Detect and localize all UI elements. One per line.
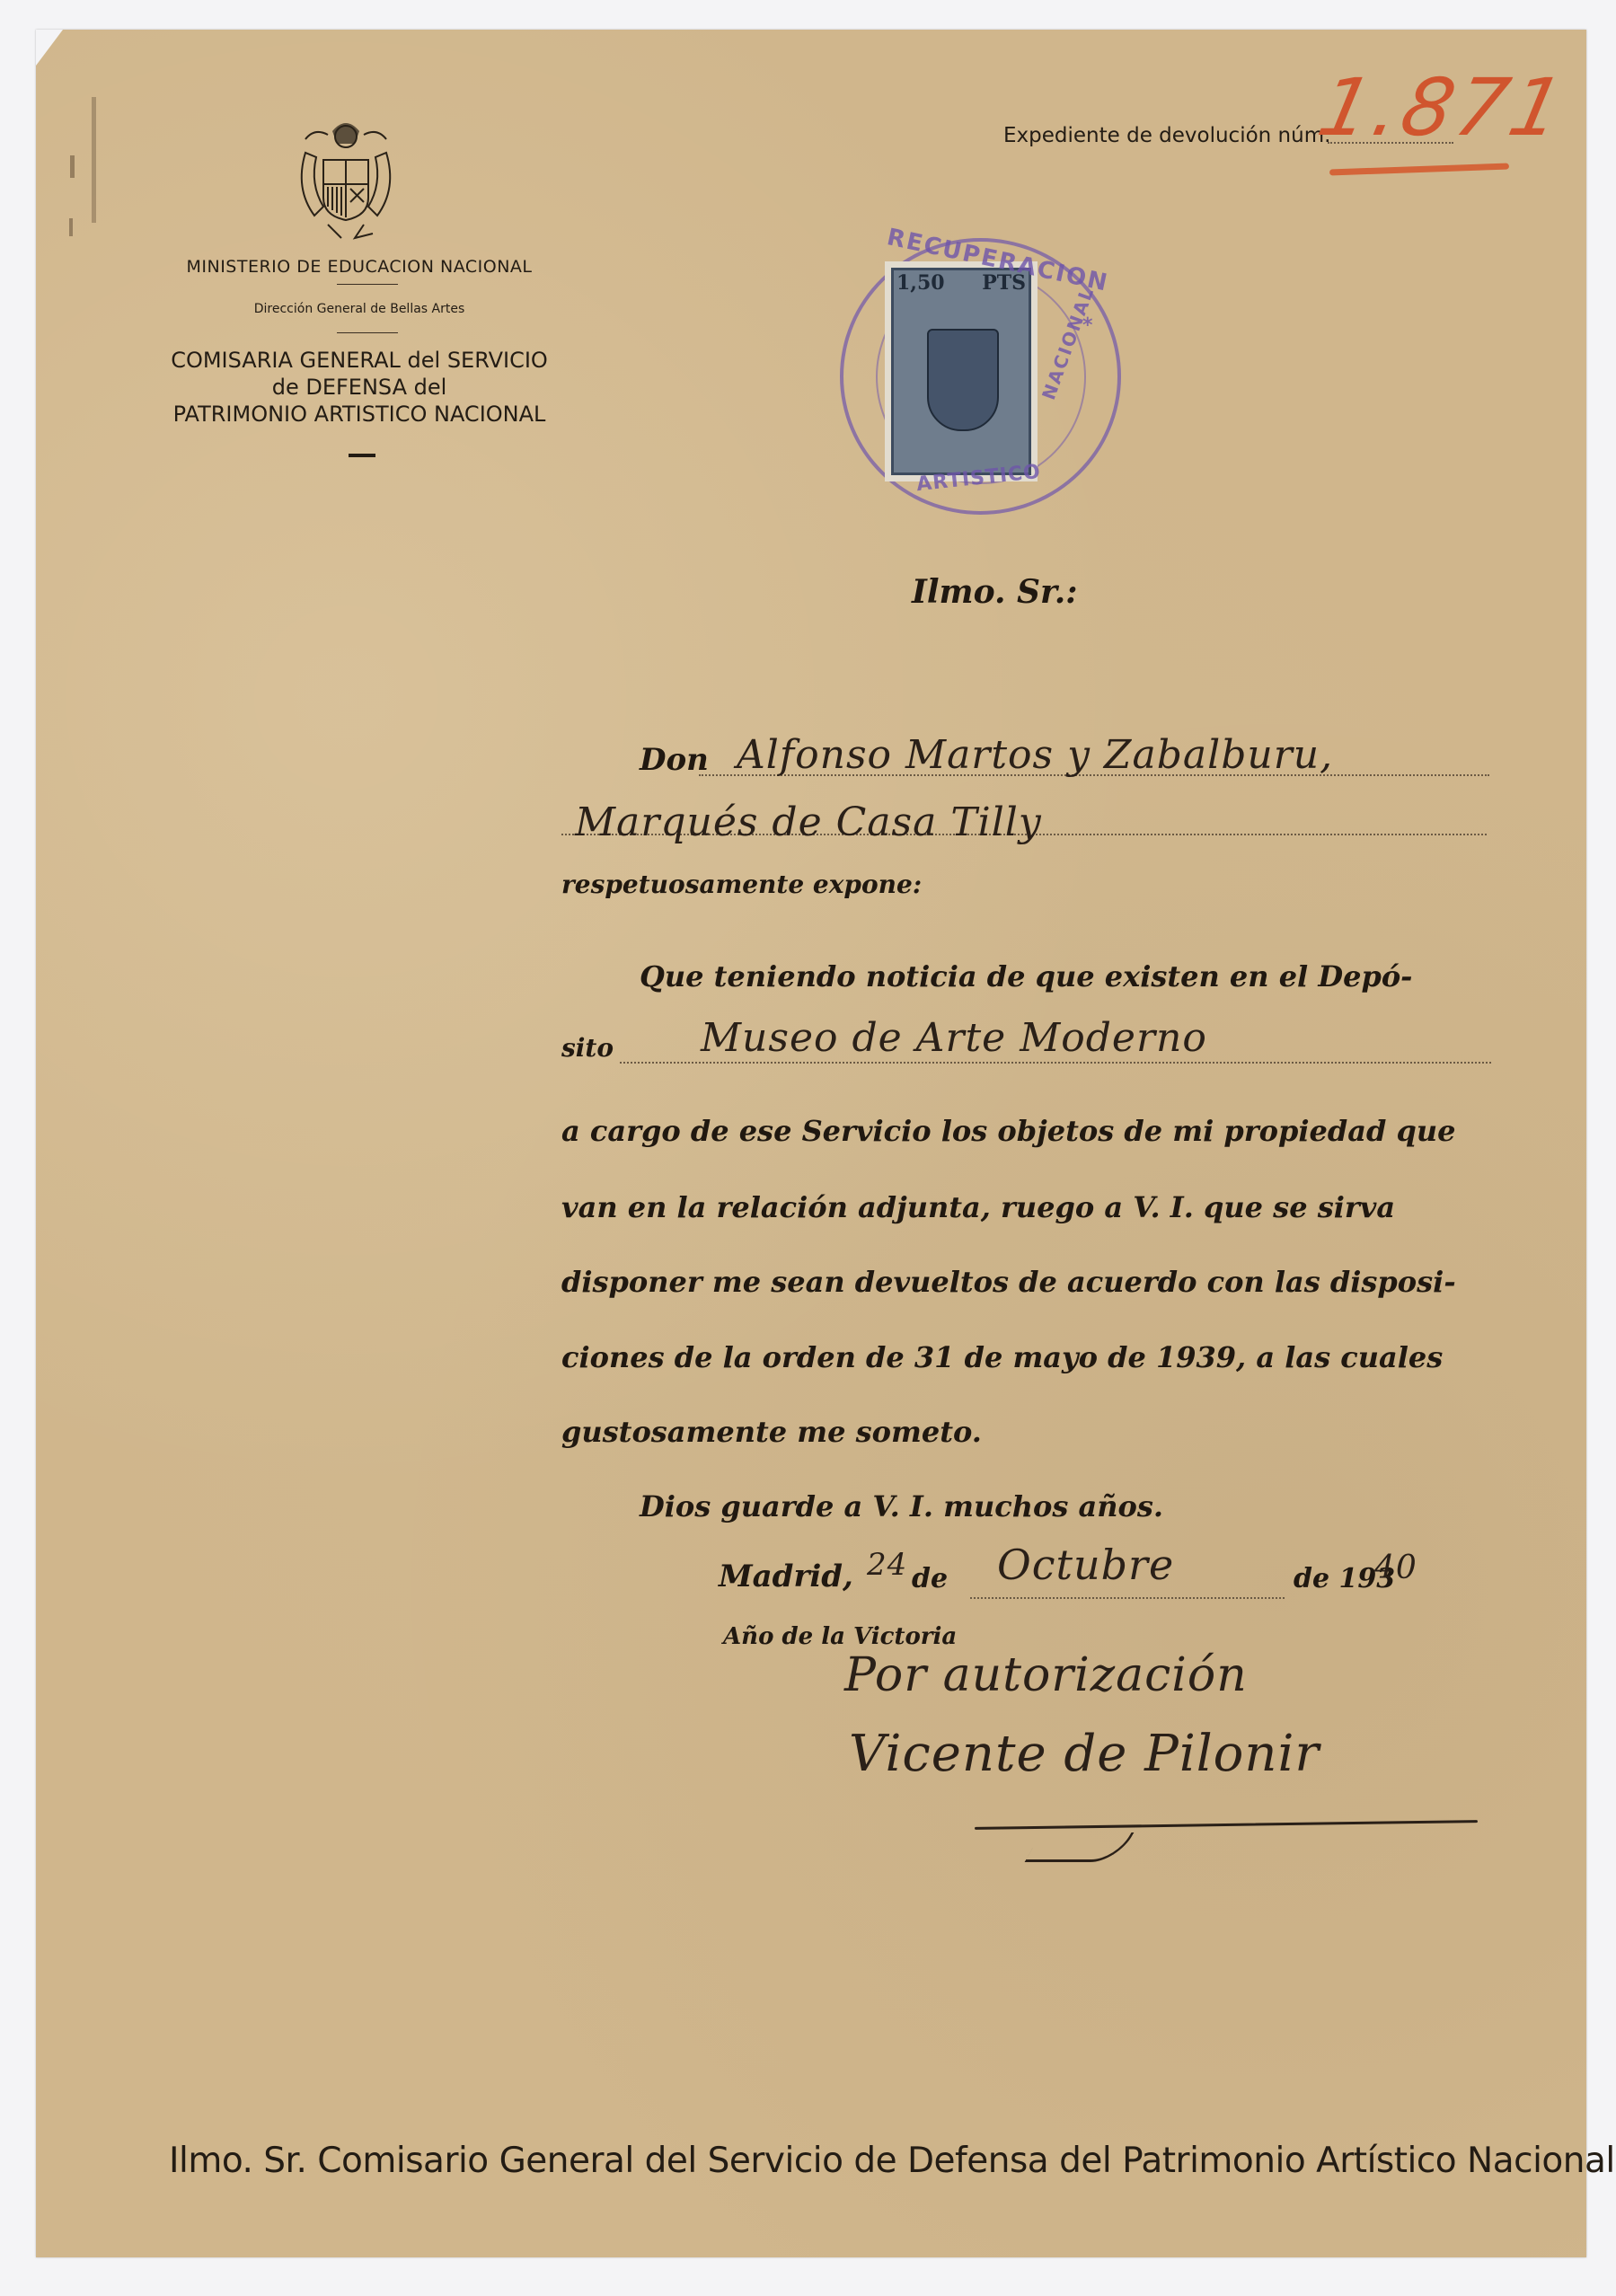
direccion-title: Dirección General de Bellas Artes — [153, 302, 566, 316]
margin-mark — [70, 155, 75, 178]
salutation: Ilmo. Sr.: — [912, 573, 1078, 611]
date-de: de — [912, 1563, 948, 1594]
stamp-value: 1,50 — [896, 271, 945, 295]
deposito-dotted-line — [620, 1062, 1491, 1064]
date-de-label: de — [1294, 1563, 1329, 1594]
name-handwritten-line2: Marqués de Casa Tilly — [575, 799, 1042, 845]
date-day-handwritten: 24 — [867, 1547, 907, 1583]
divider — [337, 332, 398, 333]
divider — [337, 284, 398, 285]
expediente-number: 1.871 — [1311, 61, 1575, 154]
deposito-handwritten: Museo de Arte Moderno — [701, 1015, 1207, 1061]
paragraph-line: disponer me sean devueltos de acuerdo co… — [561, 1265, 1456, 1299]
addressee-footer: Ilmo. Sr. Comisario General del Servicio… — [169, 2141, 1615, 2181]
date-month-handwritten: Octubre — [997, 1541, 1174, 1589]
closing-formula: Dios guarde a V. I. muchos años. — [640, 1489, 1163, 1523]
paragraph-line: ciones de la orden de 31 de mayo de 1939… — [561, 1340, 1443, 1374]
margin-mark — [69, 218, 73, 236]
respetuosamente-expone: respetuosamente expone: — [561, 870, 922, 899]
coat-of-arms-icon — [287, 117, 404, 243]
revenue-stamp: 1,50 PTS — [889, 266, 1033, 477]
folded-corner — [36, 30, 63, 66]
ministry-title: MINISTERIO DE EDUCACION NACIONAL — [153, 257, 566, 277]
signature-authorization: Por autorización — [844, 1648, 1248, 1702]
paragraph-line: a cargo de ese Servicio los objetos de m… — [561, 1114, 1455, 1148]
stamp-shield-icon — [927, 329, 999, 431]
paragraph-line: van en la relación adjunta, ruego a V. I… — [561, 1190, 1395, 1224]
comisaria-title: COMISARIA GENERAL del SERVICIO de DEFENS… — [153, 347, 566, 428]
margin-mark — [92, 97, 96, 223]
comisaria-line: de DEFENSA del — [153, 374, 566, 401]
month-dotted-line — [970, 1597, 1285, 1599]
name-handwritten-line1: Alfonso Martos y Zabalburu, — [737, 732, 1333, 778]
date-city: Madrid, — [719, 1559, 853, 1594]
expediente-label: Expediente de devolución núm. — [1003, 124, 1330, 147]
paragraph-line: Que teniendo noticia de que existen en e… — [640, 959, 1412, 993]
comisaria-line: COMISARIA GENERAL del SERVICIO — [153, 347, 566, 374]
header-dash — [349, 454, 375, 457]
signature-name: Vicente de Pilonir — [849, 1725, 1320, 1783]
paragraph-line: gustosamente me someto. — [561, 1415, 982, 1449]
date-year-handwritten: 40 — [1374, 1550, 1417, 1586]
paragraph-line: sito — [561, 1033, 614, 1063]
ano-de-la-victoria: Año de la Victoria — [723, 1623, 957, 1650]
don-label: Don — [640, 742, 709, 778]
comisaria-line: PATRIMONIO ARTISTICO NACIONAL — [153, 401, 566, 428]
